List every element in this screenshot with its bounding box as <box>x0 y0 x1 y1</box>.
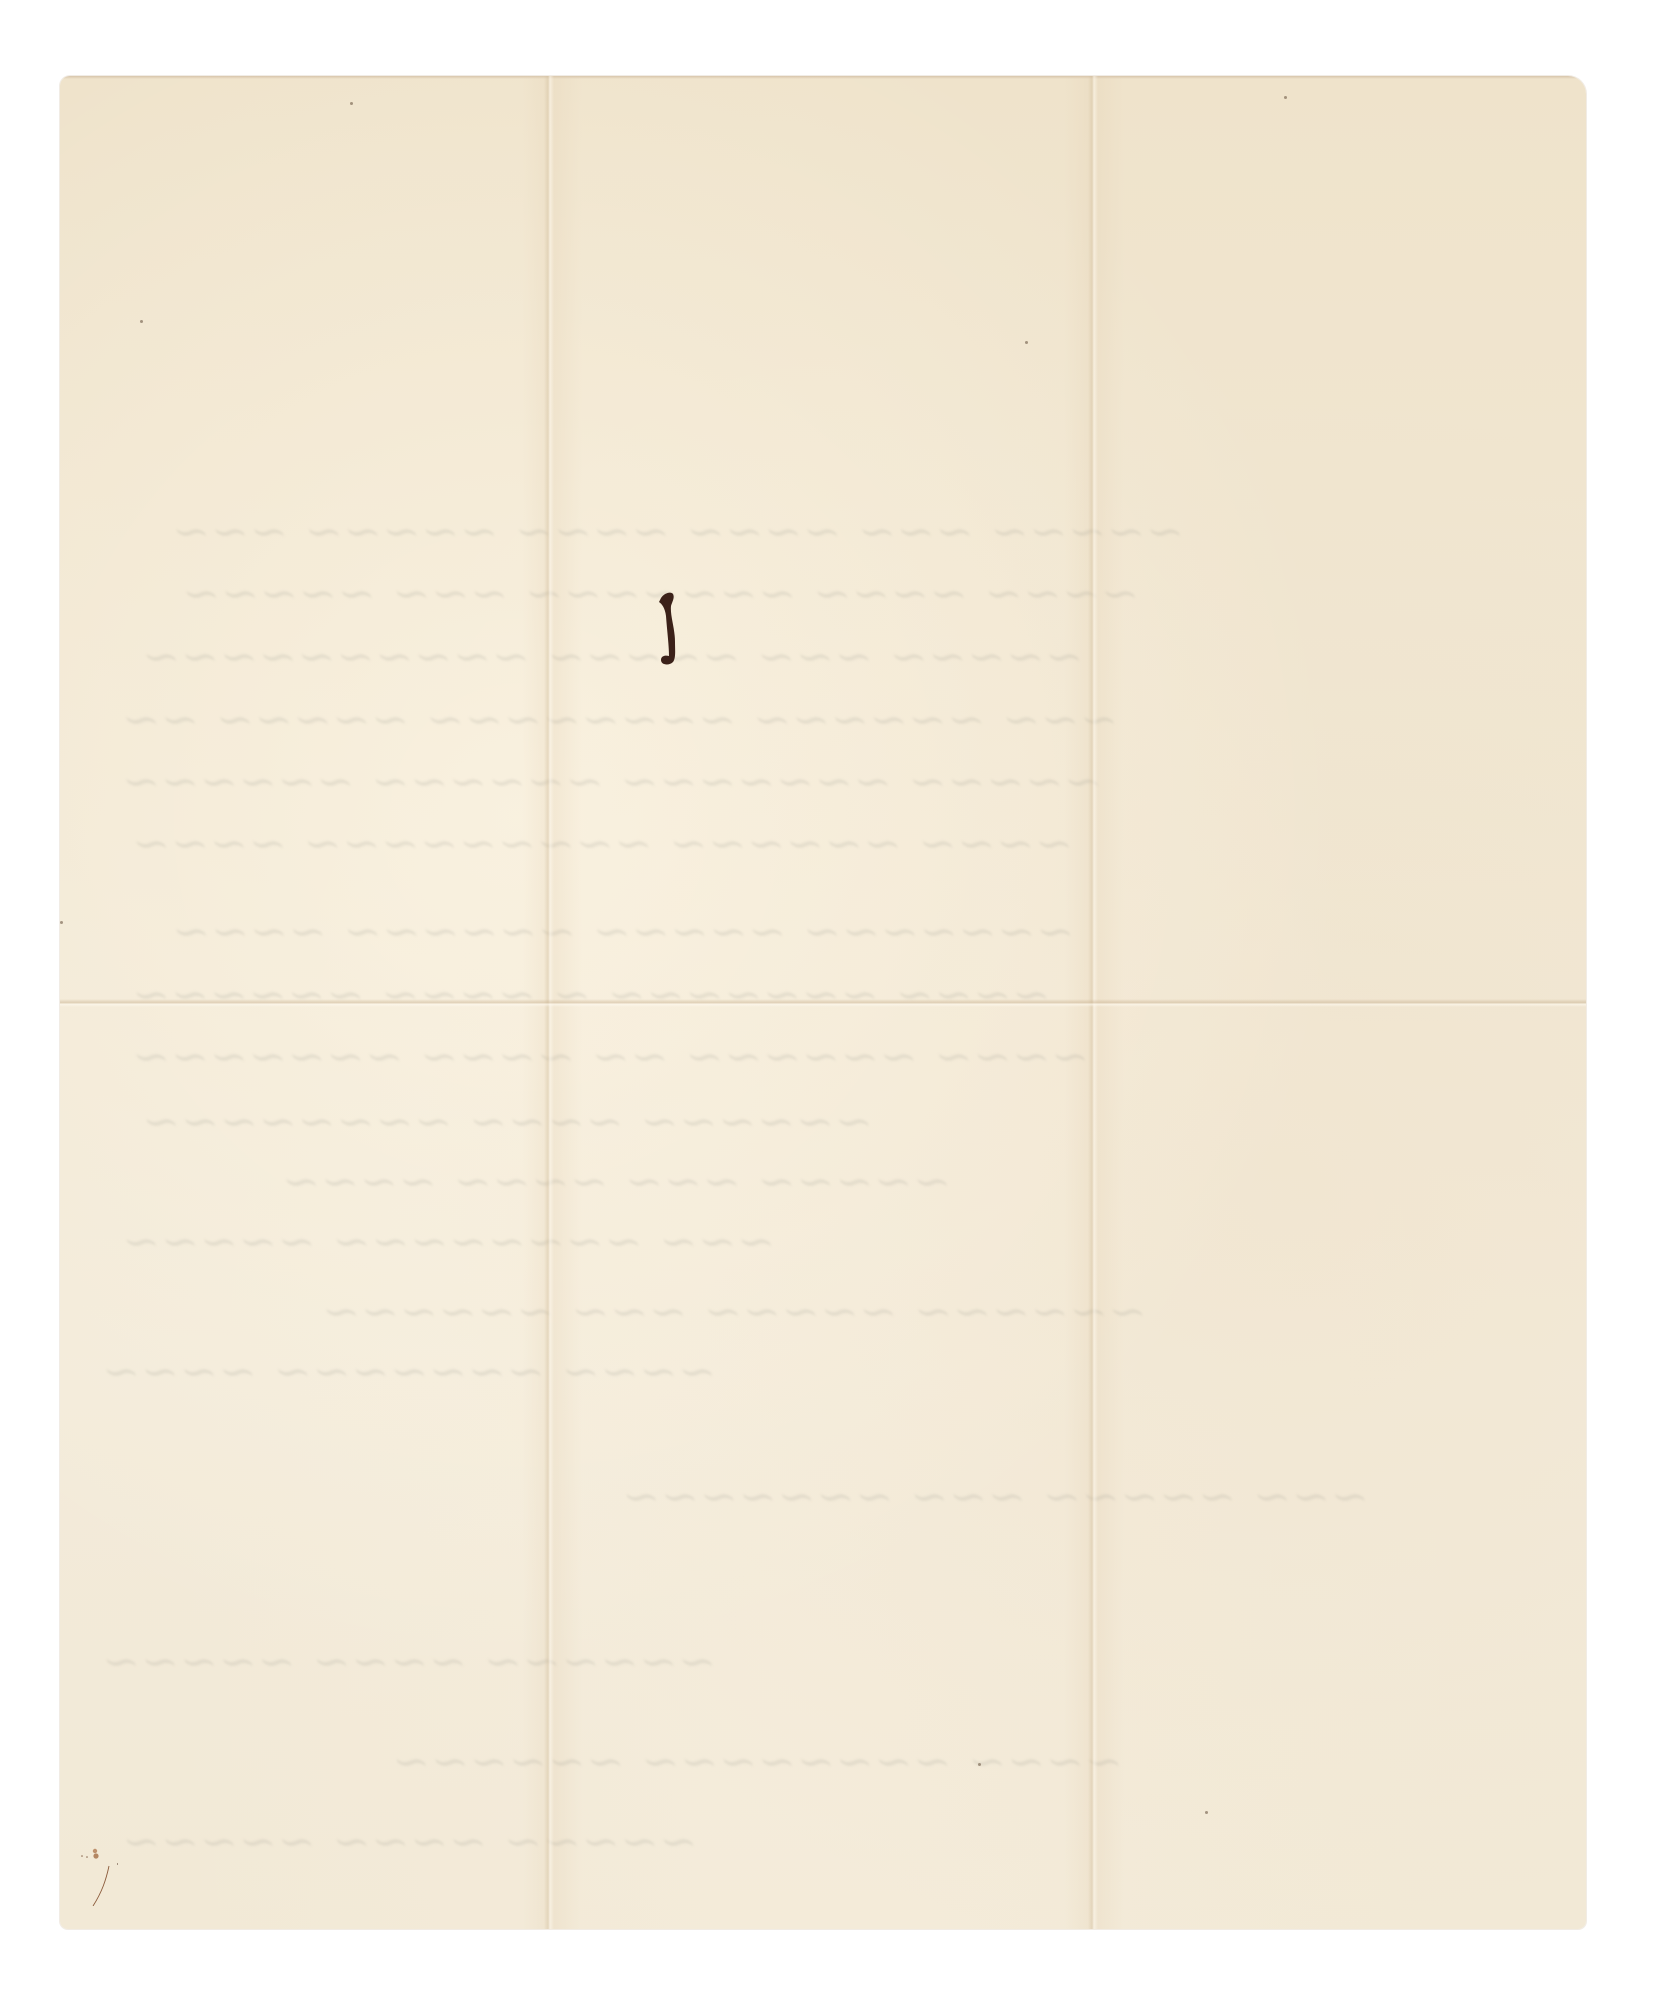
bleed-through-line: ~~~~~ ~~~ ~~~~~ ~~~~~~~~~~ <box>135 631 1087 677</box>
bleed-through-line: ~~~~~~ ~~~~~ ~~~ ~~~~~~ <box>315 1286 1150 1332</box>
bleed-through-line: ~~~~~~~ ~~~~~ ~~~~~~ ~~~~ <box>165 906 1078 952</box>
bleed-through-line: ~~~~ ~~~~~~~ ~~~~ <box>95 1346 720 1392</box>
paper-stain <box>78 1846 118 1906</box>
speck <box>978 1763 981 1766</box>
bleed-through-line: ~~~~ ~~~~~~ ~~ ~~~~ ~~~~~~~ <box>125 1031 1093 1077</box>
bleed-through-line: ~~~ ~~~~~~ ~~~~~~~~ ~~~~~ ~~ <box>115 694 1122 740</box>
bleed-through-line: ~~~~ ~~~~~~~~ ~~~~~~ <box>385 1736 1126 1782</box>
bleed-through-line: ~~~~~ ~~~~ ~~~~~ <box>115 1816 701 1862</box>
bleed-through-line: ~~~ ~~~~~ ~~~ ~~~~~~~ <box>615 1471 1372 1517</box>
bleed-through-line: ~~~~~ ~~~ ~~~~ ~~~~ <box>275 1156 955 1202</box>
letter-page: ~~~~~ ~~~ ~~~~ ~~~~ ~~~~~ ~~~ ~~~~ ~~~~ … <box>60 76 1586 1929</box>
horizontal-fold <box>60 999 1586 1007</box>
bleed-through-line: ~~~~~~ ~~~~ ~~~~~~~~ <box>135 1096 876 1142</box>
bleed-through-line: ~~~~~~ ~~~~ ~~~~~ <box>95 1636 720 1682</box>
bleed-through-line: ~~~ ~~~~~~~~ ~~~~~ <box>115 1216 779 1262</box>
bleed-through-line: ~~~~ ~~~~~~ ~~~~~~~~~ ~~~~ <box>125 818 1077 864</box>
ink-mark <box>655 590 685 670</box>
speck <box>350 102 353 105</box>
speck <box>1205 1811 1208 1814</box>
bleed-through-line: ~~~~ ~~~~~~~ ~ ~~~~ ~~~~~~ <box>125 969 1054 1015</box>
paper-top-edge <box>60 76 1586 79</box>
bleed-through-line: ~~~~~ ~~~~~~~ ~~~~~~ ~~~~~~ <box>115 756 1106 802</box>
speck <box>60 921 63 924</box>
bleed-through-line: ~~~~~ ~~~ ~~~~ ~~~~ ~~~~~ ~~~ <box>165 506 1188 552</box>
speck <box>140 320 143 323</box>
speck <box>1284 96 1287 99</box>
speck <box>1025 341 1028 344</box>
